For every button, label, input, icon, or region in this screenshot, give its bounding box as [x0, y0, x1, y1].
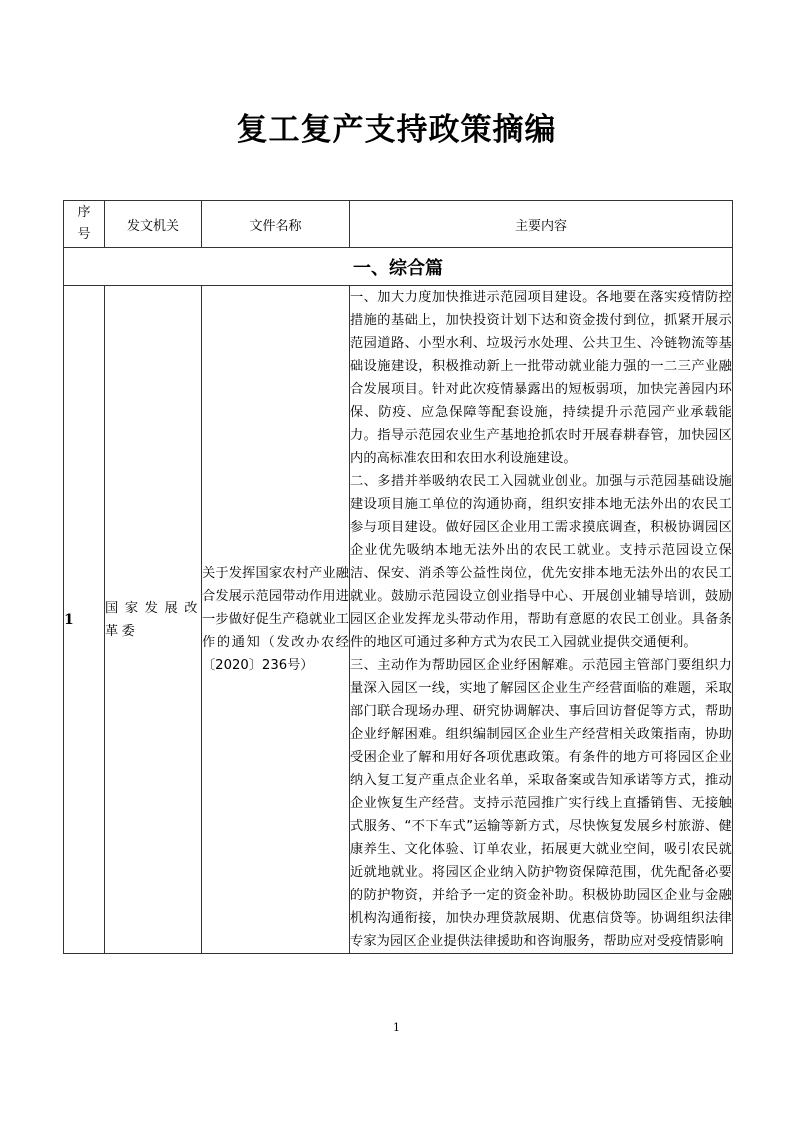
row-content: 一、加大力度加快推进示范园项目建设。各地要在落实疫情防控措施的基础上，加快投资计…	[350, 286, 733, 954]
content-paragraph-3: 三、主动作为帮助园区企业纾困解难。示范园主管部门要组织力量深入园区一线，实地了解…	[350, 654, 732, 953]
row-doc-name: 关于发挥国家农村产业融合发展示范园带动作用进一步做好促生产稳就业工作的通知（发改…	[202, 286, 350, 954]
row-seq: 1	[64, 286, 105, 954]
table-header-row: 序号 发文机关 文件名称 主要内容	[64, 201, 733, 248]
document-title: 复工复产支持政策摘编	[0, 104, 793, 149]
section-heading-row: 一、综合篇	[64, 248, 733, 286]
content-paragraph-2: 二、多措并举吸纳农民工入园就业创业。加强与示范园基础设施建设项目施工单位的沟通协…	[350, 470, 732, 654]
table-row: 1 国家发展改革委 关于发挥国家农村产业融合发展示范园带动作用进一步做好促生产稳…	[64, 286, 733, 954]
content-paragraph-1: 一、加大力度加快推进示范园项目建设。各地要在落实疫情防控措施的基础上，加快投资计…	[350, 286, 732, 470]
page-number: 1	[0, 1021, 793, 1034]
header-agency: 发文机关	[105, 201, 202, 248]
header-seq: 序号	[64, 201, 105, 248]
section-title: 一、综合篇	[64, 248, 733, 286]
header-doc-name: 文件名称	[202, 201, 350, 248]
header-content: 主要内容	[350, 201, 733, 248]
policy-table: 序号 发文机关 文件名称 主要内容 一、综合篇 1 国家发展改革委 关于发挥国家…	[63, 200, 733, 954]
row-agency: 国家发展改革委	[105, 286, 202, 954]
